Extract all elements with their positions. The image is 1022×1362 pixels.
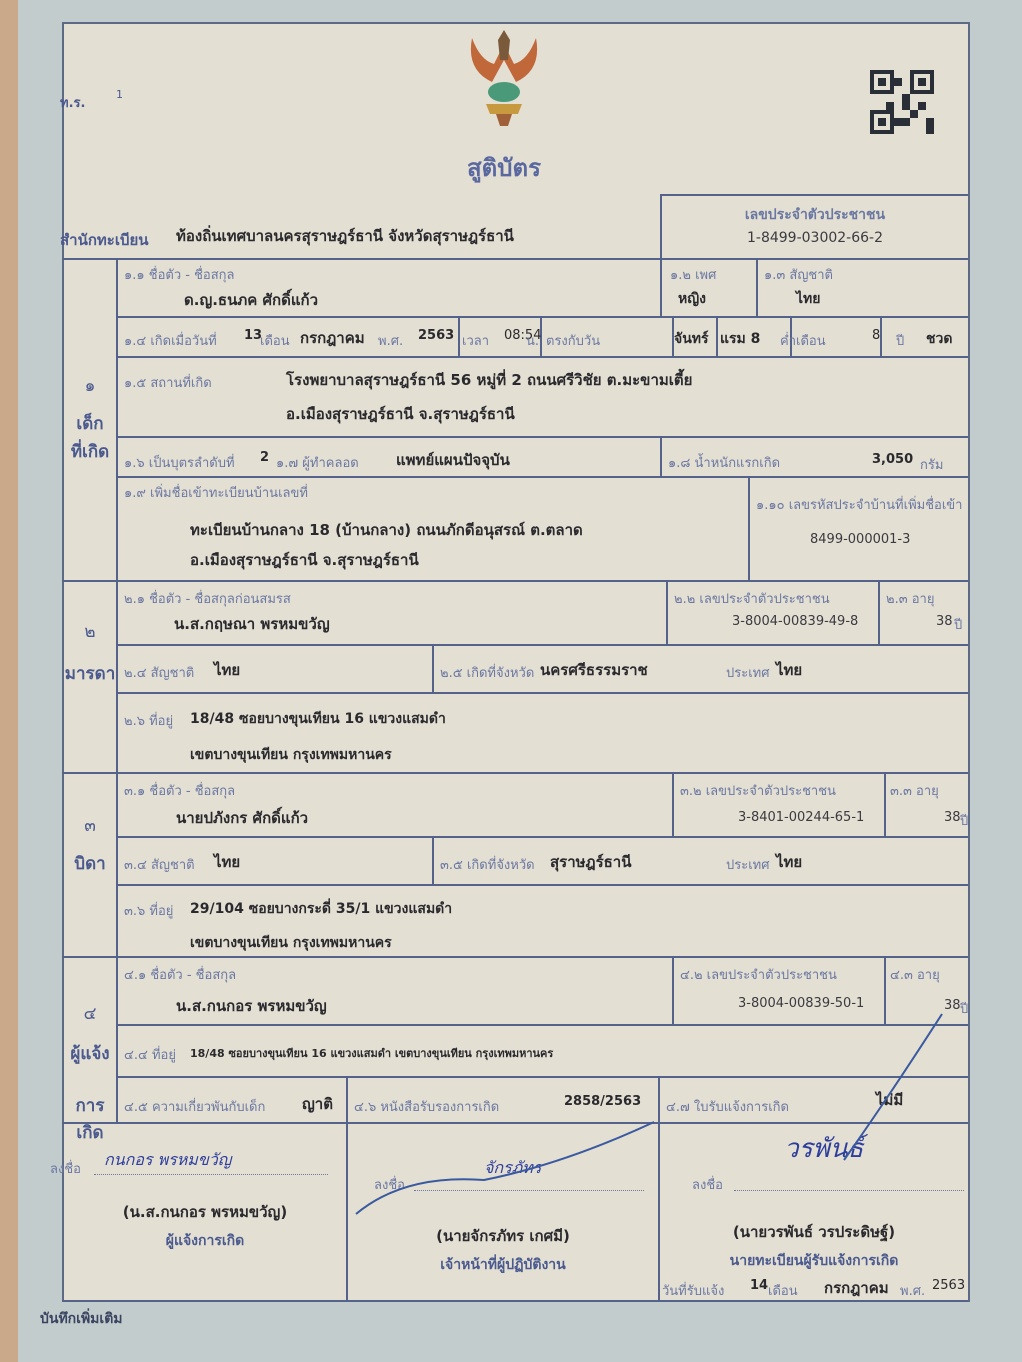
field-label: วันที่รับแจ้ง <box>662 1280 724 1301</box>
field-label: ประเทศ <box>726 854 769 875</box>
sign-label: ลงชื่อ <box>374 1174 405 1195</box>
field-label: ๑.๕ สถานที่เกิด <box>124 372 212 393</box>
father-country: ไทย <box>776 850 802 874</box>
birth-order: 2 <box>260 450 269 465</box>
field-label: เวลา <box>462 330 489 351</box>
birth-certificate: ท.ร. 1 สูติบัตร สำนักทะเบียน ท้องถิ่นเทศ… <box>62 22 970 1302</box>
field-label: ๔.๔ ที่อยู่ <box>124 1044 176 1065</box>
field-label: ปี <box>960 810 968 831</box>
birth-weight: 3,050 <box>872 452 913 467</box>
garuda-emblem-icon <box>462 30 546 126</box>
field-label: ๑.๒ เพศ <box>670 264 716 285</box>
field-label: เดือน <box>768 1280 798 1301</box>
field-label: ๑.๙ เพิ่มชื่อเข้าทะเบียนบ้านเลขที่ <box>124 482 308 503</box>
field-label: ๑.๖ เป็นบุตรลำดับที่ <box>124 452 235 473</box>
field-label: ๑.๗ ผู้ทำคลอด <box>276 452 359 473</box>
additional-notes-label: บันทึกเพิ่มเติม <box>40 1308 123 1330</box>
field-label: ปี <box>960 998 968 1019</box>
field-label: ๓.๖ ที่อยู่ <box>124 900 173 921</box>
house-reg-line2: อ.เมืองสุราษฎร์ธานี จ.สุราษฎร์ธานี <box>190 548 419 572</box>
child-id-number: 1-8499-03002-66-2 <box>662 230 968 246</box>
section-title: ที่เกิด <box>62 438 118 465</box>
field-label: ๔.๗ ใบรับแจ้งการเกิด <box>666 1096 789 1117</box>
mother-address-line2: เขตบางขุนเทียน กรุงเทพมหานคร <box>190 744 392 766</box>
section-number: ๑ <box>62 372 118 399</box>
section-title: การเกิด <box>62 1092 118 1146</box>
field-label: ๑.๑ ชื่อตัว - ชื่อสกุล <box>124 264 235 285</box>
field-label: ค่ำ <box>780 330 796 351</box>
field-label: ๔.๑ ชื่อตัว - ชื่อสกุล <box>124 964 236 985</box>
officer-name: (นายจักรภัทร เกศมี) <box>348 1224 658 1248</box>
informant-age: 38 <box>944 998 961 1013</box>
field-label: ๔.๓ อายุ <box>890 964 940 985</box>
sign-label: ลงชื่อ <box>692 1174 723 1195</box>
informant-signature: กนกอร พรหมขวัญ <box>104 1148 231 1173</box>
informant-signer-name: (น.ส.กนกอร พรหมขวัญ) <box>64 1200 346 1224</box>
zodiac-year: ชวด <box>926 328 952 350</box>
field-label: ๔.๕ ความเกี่ยวพันกับเด็ก <box>124 1096 265 1117</box>
field-label: ๒.๑ ชื่อตัว - ชื่อสกุลก่อนสมรส <box>124 588 291 609</box>
birth-cert-number: 2858/2563 <box>564 1094 641 1109</box>
field-label: พ.ศ. <box>378 330 403 351</box>
field-label: ๓.๒ เลขประจำตัวประชาชน <box>680 780 836 801</box>
field-label: ๔.๒ เลขประจำตัวประชาชน <box>680 964 837 985</box>
field-label: ๓.๑ ชื่อตัว - ชื่อสกุล <box>124 780 235 801</box>
field-label: ๔.๖ หนังสือรับรองการเกิด <box>354 1096 499 1117</box>
field-label: ปี <box>954 614 962 635</box>
page-title: สูติบัตร <box>414 148 594 187</box>
received-month: กรกฎาคม <box>824 1276 889 1300</box>
delivered-by: แพทย์แผนปัจจุบัน <box>396 448 510 472</box>
field-label: ๑.๑๐ เลขรหัสประจำบ้านที่เพิ่มชื่อเข้า <box>756 494 962 515</box>
birthplace-line2: อ.เมืองสุราษฎร์ธานี จ.สุราษฎร์ธานี <box>286 402 515 426</box>
birth-year: 2563 <box>418 328 454 343</box>
father-address-line2: เขตบางขุนเทียน กรุงเทพมหานคร <box>190 932 392 954</box>
section-number: ๔ <box>62 1000 118 1027</box>
birth-month: กรกฎาคม <box>300 326 365 350</box>
field-label: ประเทศ <box>726 662 769 683</box>
registrar-role: นายทะเบียนผู้รับแจ้งการเกิด <box>660 1250 968 1272</box>
field-label: ๑.๘ น้ำหนักแรกเกิด <box>668 452 780 473</box>
informant-name: น.ส.กนกอร พรหมขวัญ <box>176 994 327 1018</box>
field-label: ๒.๕ เกิดที่จังหวัด <box>440 662 534 683</box>
child-sex: หญิง <box>678 288 706 310</box>
house-reg-line1: ทะเบียนบ้านกลาง 18 (บ้านกลาง) ถนนภักดีอน… <box>190 518 583 542</box>
section-number: ๒ <box>62 618 118 645</box>
father-id: 3-8401-00244-65-1 <box>738 810 864 825</box>
father-birth-province: สุราษฎร์ธานี <box>550 850 631 874</box>
sign-label: ลงชื่อ <box>50 1158 81 1179</box>
registry-office: ท้องถิ่นเทศบาลนครสุราษฎร์ธานี จังหวัดสุร… <box>176 224 514 248</box>
section-title: เด็ก <box>62 410 118 437</box>
field-label: ๒.๔ สัญชาติ <box>124 662 194 683</box>
mother-id: 3-8004-00839-49-8 <box>732 614 858 629</box>
house-code: 8499-000001-3 <box>810 532 910 547</box>
informant-address: 18/48 ซอยบางขุนเทียน 16 แขวงแสมดำ เขตบาง… <box>190 1044 553 1062</box>
field-label: ปี <box>896 330 904 351</box>
field-label: ๒.๒ เลขประจำตัวประชาชน <box>674 588 830 609</box>
field-label: ๓.๓ อายุ <box>890 780 939 801</box>
informant-id: 3-8004-00839-50-1 <box>738 996 864 1011</box>
informant-relation: ญาติ <box>302 1092 333 1116</box>
field-label: พ.ศ. <box>900 1280 925 1301</box>
field-label: เดือน <box>796 330 826 351</box>
section-title: มารดา <box>62 660 118 687</box>
lunar-month: 8 <box>872 328 880 343</box>
field-label: ๓.๕ เกิดที่จังหวัด <box>440 854 535 875</box>
officer-role: เจ้าหน้าที่ผู้ปฏิบัติงาน <box>348 1254 658 1276</box>
child-name: ด.ญ.ธนภค ศักดิ์แก้ว <box>184 288 318 312</box>
birthplace-line1: โรงพยาบาลสุราษฎร์ธานี 56 หมู่ที่ 2 ถนนศร… <box>286 368 692 392</box>
registrar-name: (นายวรพันธ์ วรประดิษฐ์) <box>660 1220 968 1244</box>
qr-code-icon <box>870 70 934 134</box>
birth-receipt: ไม่มี <box>876 1088 903 1112</box>
mother-name: น.ส.กฤษณา พรหมขวัญ <box>174 612 330 636</box>
section-number: ๓ <box>62 812 118 839</box>
field-label: ตรงกับวัน <box>546 330 600 351</box>
mother-nationality: ไทย <box>214 658 240 682</box>
father-name: นายปภังกร ศักดิ์แก้ว <box>176 806 308 830</box>
mother-age: 38 <box>936 614 953 629</box>
field-label: ๑.๔ เกิดเมื่อวันที่ <box>124 330 217 351</box>
lunar-phase: แรม 8 <box>720 328 760 350</box>
form-code: ท.ร. <box>60 92 85 113</box>
received-year: 2563 <box>932 1278 965 1293</box>
registrar-signature: วรพันธ์ <box>784 1128 863 1169</box>
field-label: กรัม <box>920 454 943 475</box>
field-label: ๑.๓ สัญชาติ <box>764 264 833 285</box>
registry-office-label: สำนักทะเบียน <box>60 228 149 252</box>
form-number: 1 <box>116 88 123 101</box>
father-nationality: ไทย <box>214 850 240 874</box>
field-label: ๒.๖ ที่อยู่ <box>124 710 173 731</box>
child-nationality: ไทย <box>796 288 820 310</box>
received-day: 14 <box>750 1278 768 1293</box>
section-title: ผู้แจ้ง <box>62 1040 118 1067</box>
field-label: น. <box>526 330 539 351</box>
mother-country: ไทย <box>776 658 802 682</box>
officer-signature: จักรภัทร <box>484 1156 541 1181</box>
field-label: ๓.๔ สัญชาติ <box>124 854 195 875</box>
field-label: เดือน <box>260 330 290 351</box>
mother-address-line1: 18/48 ซอยบางขุนเทียน 16 แขวงแสมดำ <box>190 708 446 730</box>
section-title: บิดา <box>62 850 118 877</box>
mother-birth-province: นครศรีธรรมราช <box>540 658 648 682</box>
informant-signer-role: ผู้แจ้งการเกิด <box>64 1230 346 1252</box>
id-number-label: เลขประจำตัวประชาชน <box>662 204 968 226</box>
field-label: ๒.๓ อายุ <box>886 588 934 609</box>
father-address-line1: 29/104 ซอยบางกระดี่ 35/1 แขวงแสมดำ <box>190 898 452 920</box>
birth-weekday: จันทร์ <box>674 328 709 350</box>
father-age: 38 <box>944 810 961 825</box>
